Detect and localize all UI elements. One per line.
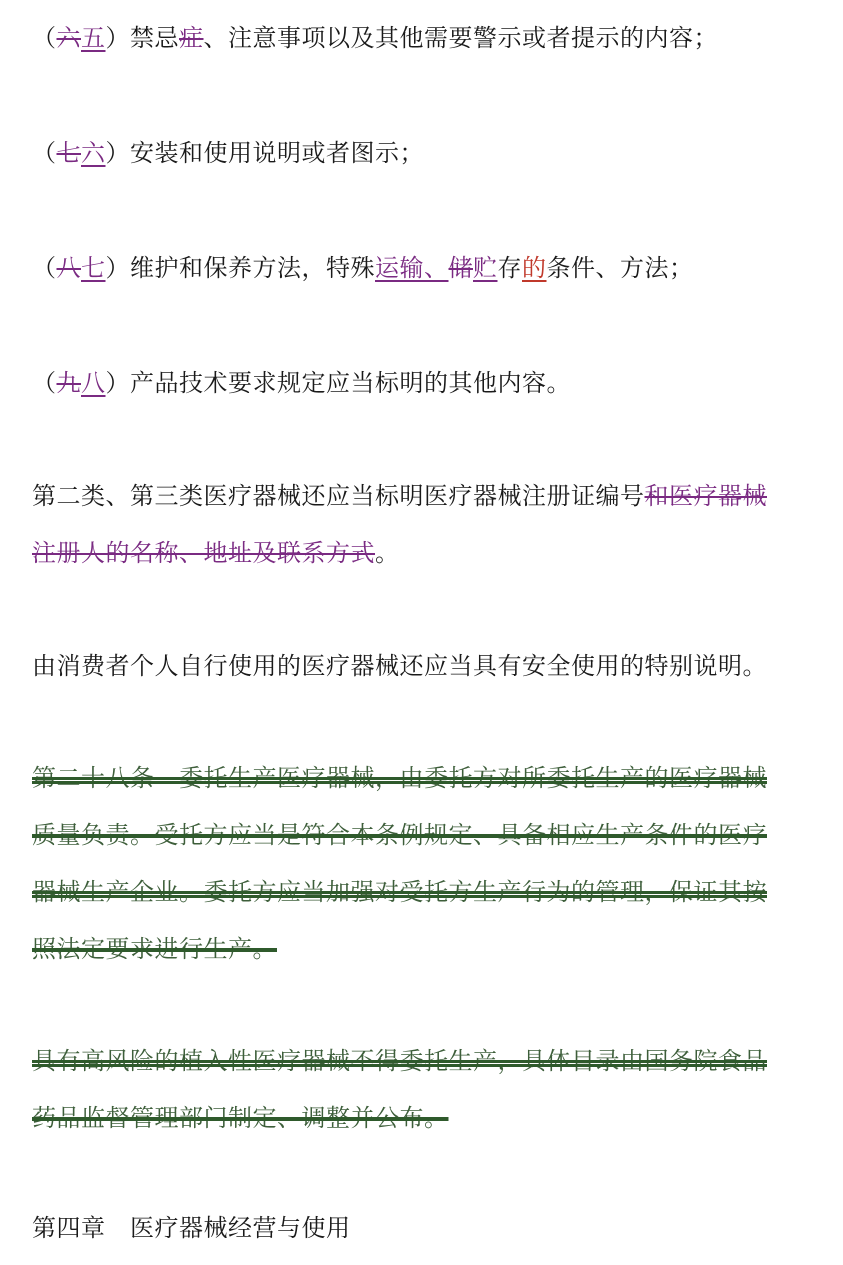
text-line: （八七）维护和保养方法，特殊运输、储贮存的条件、方法； xyxy=(32,240,792,297)
paragraph-text: 第二类、第三类医疗器械还应当标明医疗器械注册证编号 xyxy=(32,482,645,510)
text-line: 第二类、第三类医疗器械还应当标明医疗器械注册证编号和医疗器械 xyxy=(32,468,792,525)
deleted-text: 具有高风险的植入性医疗器械不得委托生产，具体目录由国务院食品 xyxy=(32,1047,767,1075)
paragraph-article-28-deleted: 第二十八条 委托生产医疗器械，由委托方对所委托生产的医疗器械 质量负责。受托方应… xyxy=(32,750,792,978)
chapter-title: 医疗器械经营与使用 xyxy=(130,1214,351,1242)
paren-close: ） xyxy=(106,24,131,52)
deleted-text: 和医疗器械 xyxy=(645,482,768,510)
item-text: 、注意事项以及其他需要警示或者提示的内容； xyxy=(204,24,719,52)
deleted-text: 器械生产企业。委托方应当加强对受托方生产行为的管理，保证其按 xyxy=(32,878,767,906)
inserted-text: 贮 xyxy=(473,254,498,282)
text-line: 质量负责。受托方应当是符合本条例规定、具备相应生产条件的医疗 xyxy=(32,807,792,864)
list-item-contraindications: （六五）禁忌症、注意事项以及其他需要警示或者提示的内容； xyxy=(32,10,792,67)
item-text: 条件、方法； xyxy=(547,254,694,282)
deleted-text: 药品监督管理部门制定、调整并公布。 xyxy=(32,1104,449,1132)
text-line: （九八）产品技术要求规定应当标明的其他内容。 xyxy=(32,355,792,412)
inserted-text-red: 的 xyxy=(522,254,547,282)
paren-close: ） xyxy=(106,369,131,397)
list-item-other-content: （九八）产品技术要求规定应当标明的其他内容。 xyxy=(32,355,792,412)
list-item-installation: （七六）安装和使用说明或者图示； xyxy=(32,125,792,182)
deleted-text: 照法定要求进行生产。 xyxy=(32,935,277,963)
text-line: 器械生产企业。委托方应当加强对受托方生产行为的管理，保证其按 xyxy=(32,864,792,921)
paren-open: （ xyxy=(32,369,57,397)
item-text: 禁忌 xyxy=(130,24,179,52)
paragraph-text: 。 xyxy=(375,539,400,567)
chapter-number: 第四章 xyxy=(32,1214,106,1242)
paragraph-class-2-3-requirements: 第二类、第三类医疗器械还应当标明医疗器械注册证编号和医疗器械 注册人的名称、地址… xyxy=(32,468,792,582)
chapter-gap xyxy=(106,1214,131,1242)
text-line: 注册人的名称、地址及联系方式。 xyxy=(32,525,792,582)
paragraph-high-risk-deleted: 具有高风险的植入性医疗器械不得委托生产，具体目录由国务院食品 药品监督管理部门制… xyxy=(32,1033,792,1147)
paren-close: ） xyxy=(106,254,131,282)
inserted-text: 运输、 xyxy=(375,254,449,282)
inserted-numeral: 六 xyxy=(81,139,106,167)
deleted-text: 质量负责。受托方应当是符合本条例规定、具备相应生产条件的医疗 xyxy=(32,821,767,849)
deleted-text: 注册人的名称、地址及联系方式 xyxy=(32,539,375,567)
inserted-numeral: 八 xyxy=(81,369,106,397)
deleted-numeral: 六 xyxy=(57,24,82,52)
deleted-numeral: 八 xyxy=(57,254,82,282)
list-item-maintenance: （八七）维护和保养方法，特殊运输、储贮存的条件、方法； xyxy=(32,240,792,297)
paragraph-consumer-use: 由消费者个人自行使用的医疗器械还应当具有安全使用的特别说明。 xyxy=(32,638,792,695)
text-line: 由消费者个人自行使用的医疗器械还应当具有安全使用的特别说明。 xyxy=(32,638,792,695)
paren-close: ） xyxy=(106,139,131,167)
inserted-numeral: 七 xyxy=(81,254,106,282)
deleted-text: 症 xyxy=(179,24,204,52)
paren-open: （ xyxy=(32,139,57,167)
deleted-numeral: 九 xyxy=(57,369,82,397)
text-line: 第二十八条 委托生产医疗器械，由委托方对所委托生产的医疗器械 xyxy=(32,750,792,807)
text-line: （七六）安装和使用说明或者图示； xyxy=(32,125,792,182)
deleted-text: 第二十八条 委托生产医疗器械，由委托方对所委托生产的医疗器械 xyxy=(32,764,767,792)
deleted-text: 储 xyxy=(449,254,474,282)
item-text: 产品技术要求规定应当标明的其他内容。 xyxy=(130,369,571,397)
text-line: 药品监督管理部门制定、调整并公布。 xyxy=(32,1090,792,1147)
item-text: 存 xyxy=(498,254,523,282)
paren-open: （ xyxy=(32,24,57,52)
chapter-heading: 第四章 医疗器械经营与使用 xyxy=(32,1200,792,1257)
item-text: 安装和使用说明或者图示； xyxy=(130,139,424,167)
text-line: 具有高风险的植入性医疗器械不得委托生产，具体目录由国务院食品 xyxy=(32,1033,792,1090)
paragraph-text: 由消费者个人自行使用的医疗器械还应当具有安全使用的特别说明。 xyxy=(32,652,767,680)
text-line: 第四章 医疗器械经营与使用 xyxy=(32,1200,792,1257)
text-line: （六五）禁忌症、注意事项以及其他需要警示或者提示的内容； xyxy=(32,10,792,67)
inserted-numeral: 五 xyxy=(81,24,106,52)
item-text: 维护和保养方法，特殊 xyxy=(130,254,375,282)
paren-open: （ xyxy=(32,254,57,282)
text-line: 照法定要求进行生产。 xyxy=(32,921,792,978)
deleted-numeral: 七 xyxy=(57,139,82,167)
document-page: （六五）禁忌症、注意事项以及其他需要警示或者提示的内容； （七六）安装和使用说明… xyxy=(0,0,843,1265)
